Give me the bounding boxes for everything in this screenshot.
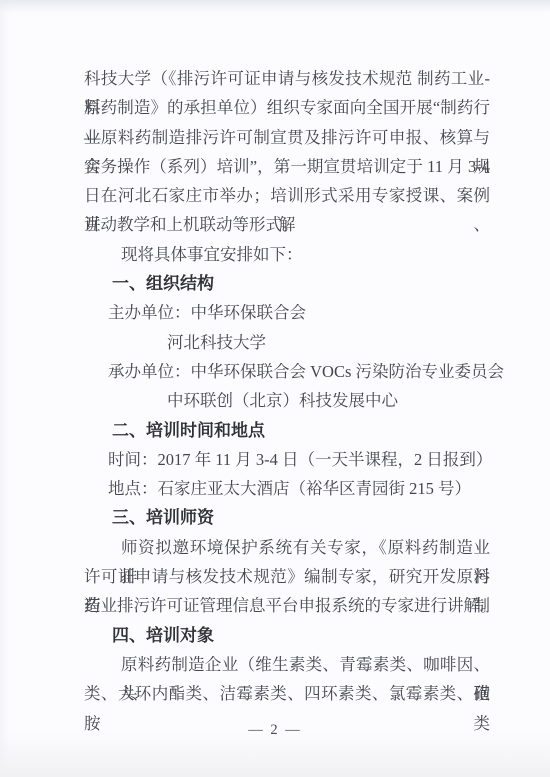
doc-line-location: 地点：石家庄亚太大酒店（裕华区青园街 215 号） [108, 474, 490, 503]
doc-line: 类、大环内酯类、洁霉素类、四环素类、氯霉素类、磺胺类 [84, 679, 490, 708]
doc-line-undertaker-cont: 中环联创（北京）科技发展中心 [167, 386, 490, 415]
doc-line: 许可证申请与核发技术规范》编制专家，研究开发原料药制 [84, 562, 490, 591]
doc-line: 造业排污许可证管理信息平台申报系统的专家进行讲解。 [84, 591, 490, 620]
doc-line-organizer-cont: 河北科技大学 [167, 328, 490, 357]
document-page: 科技大学（《排污许可证申请与核发技术规范 制药工业-原 料药制造》的承担单位）组… [0, 0, 550, 777]
doc-line: 现将具体事宜安排如下： [121, 240, 490, 269]
section-heading-1: 一、组织结构 [112, 269, 490, 298]
doc-line-undertaker: 承办单位：中华环保联合会 VOCs 污染防治专业委员会 [108, 357, 490, 386]
doc-line: 实务操作（系列）培训”，第一期宣贯培训定于 11 月 3-4 [84, 152, 490, 181]
page-number: — 2 — [0, 722, 550, 739]
doc-line-organizer: 主办单位：中华环保联合会 [108, 298, 490, 327]
section-heading-4: 四、培训对象 [112, 621, 490, 650]
doc-line: 师资拟邀环境保护系统有关专家，《原料药制造业排污 [121, 533, 490, 562]
section-heading-2: 二、培训时间和地点 [112, 416, 490, 445]
doc-line-time: 时间：2017 年 11 月 3-4 日（一天半课程，2 日报到） [108, 445, 490, 474]
document-text-block: 科技大学（《排污许可证申请与核发技术规范 制药工业-原 料药制造》的承担单位）组… [84, 64, 490, 709]
doc-line: —原料药制造排污许可制宣贯及排污许可申报、核算与合规 [84, 123, 490, 152]
section-heading-3: 三、培训师资 [112, 503, 490, 532]
doc-line: 科技大学（《排污许可证申请与核发技术规范 制药工业-原 [84, 64, 490, 93]
doc-line: 原料药制造企业（维生素类、青霉素类、咖啡因、头孢 [121, 650, 490, 679]
doc-line: 日在河北石家庄市举办；培训形式采用专家授课、案例讲解、 [84, 181, 490, 210]
doc-line: 料药制造》的承担单位）组织专家面向全国开展“制药行业 [84, 93, 490, 122]
